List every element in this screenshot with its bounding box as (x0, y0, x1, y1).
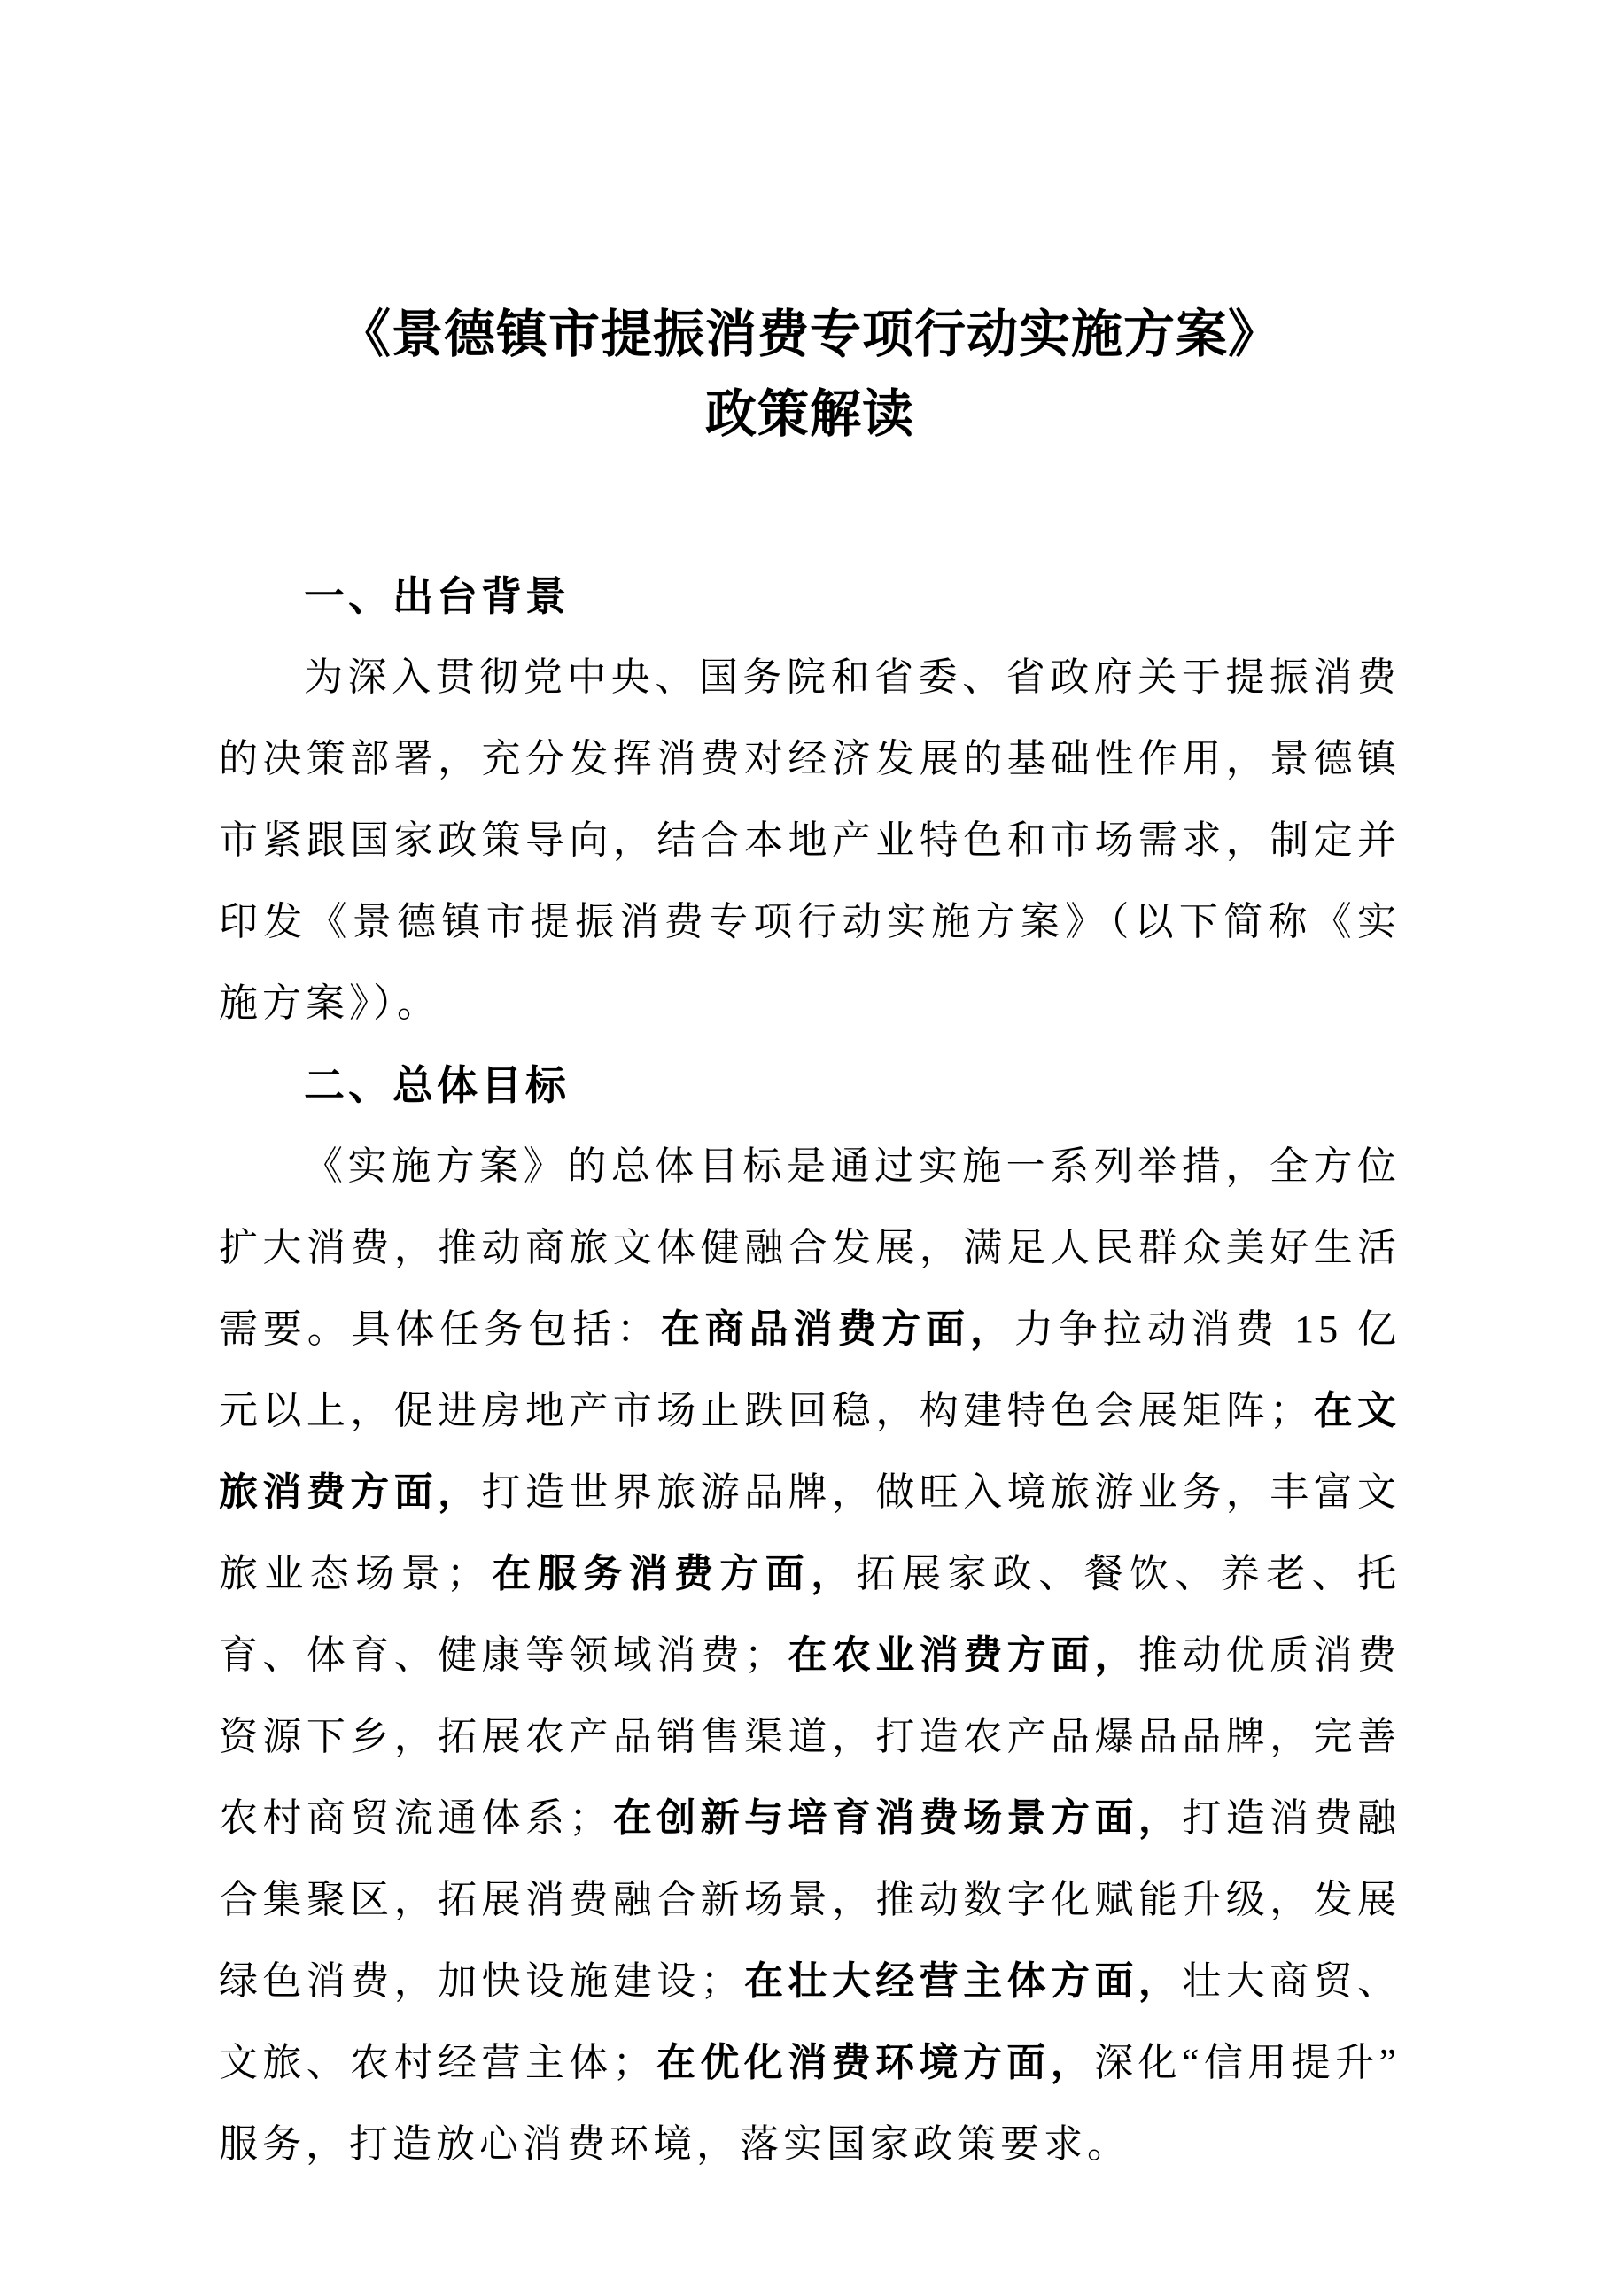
section-goals: 二、总体目标 《实施方案》的总体目标是通过实施一系列举措，全方位扩大消费，推动商… (219, 1044, 1401, 2185)
document-title: 《景德镇市提振消费专项行动实施方案》 政策解读 (219, 295, 1401, 454)
emphasis-text-run: 在商品消费方面， (661, 1307, 1014, 1351)
emphasis-text-run: 在创新与培育消费场景方面， (612, 1796, 1182, 1840)
emphasis-text-run: 在优化消费环境方面， (656, 2041, 1094, 2084)
document-title-line-1: 《景德镇市提振消费专项行动实施方案》 (219, 295, 1401, 375)
section-background-heading: 一、出台背景 (219, 555, 1401, 637)
document-title-line-2: 政策解读 (219, 375, 1401, 454)
emphasis-text-run: 在壮大经营主体方面， (744, 1959, 1183, 2003)
section-background-paragraph: 为深入贯彻党中央、国务院和省委、省政府关于提振消费的决策部署，充分发挥消费对经济… (219, 637, 1401, 1044)
section-background: 一、出台背景 为深入贯彻党中央、国务院和省委、省政府关于提振消费的决策部署，充分… (219, 555, 1401, 1044)
text-run: 为深入贯彻党中央、国务院和省委、省政府关于提振消费的决策部署，充分发挥消费对经济… (219, 655, 1401, 1025)
section-goals-heading: 二、总体目标 (219, 1044, 1401, 1126)
emphasis-text-run: 在服务消费方面， (490, 1552, 857, 1595)
emphasis-text-run: 在农业消费方面， (788, 1633, 1138, 1677)
section-goals-paragraph: 《实施方案》的总体目标是通过实施一系列举措，全方位扩大消费，推动商旅文体健融合发… (219, 1126, 1401, 2185)
document-content: 《景德镇市提振消费专项行动实施方案》 政策解读 一、出台背景 为深入贯彻党中央、… (219, 295, 1401, 2185)
document-page: 《景德镇市提振消费专项行动实施方案》 政策解读 一、出台背景 为深入贯彻党中央、… (0, 0, 1623, 2296)
